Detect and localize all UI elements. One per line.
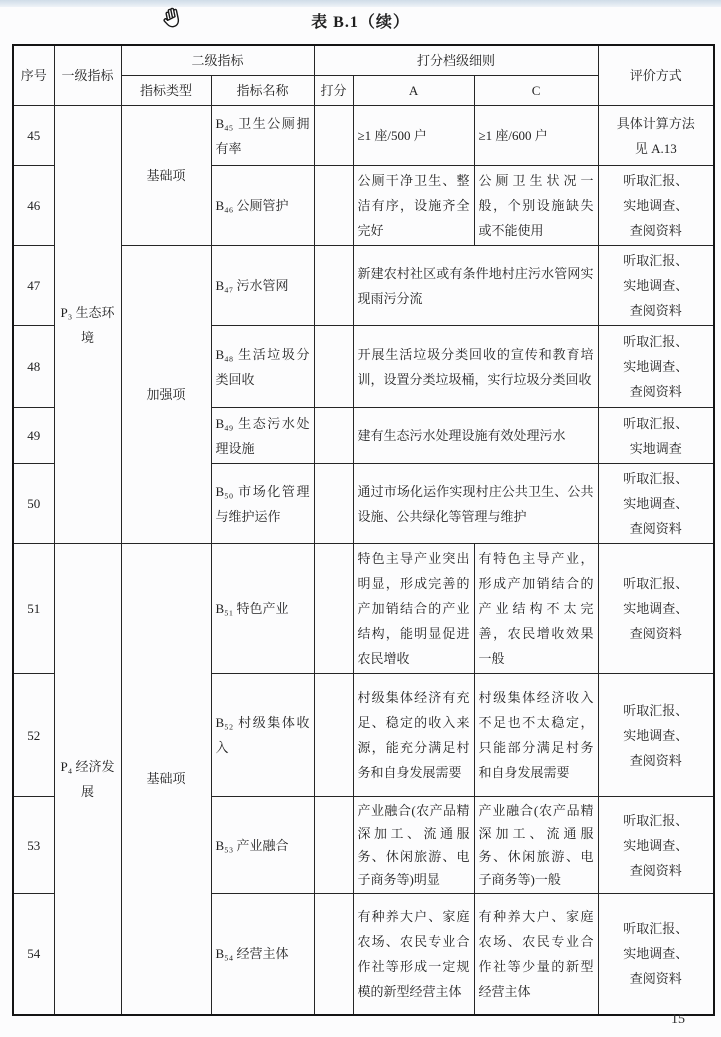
col-header-scoring-group: 打分档级细则 (314, 45, 598, 76)
grade-c-cell: ≥1 座/600 户 (474, 106, 598, 166)
document-page[interactable]: { "page": { "title": "表 B.1（续）", "page_n… (0, 0, 721, 1037)
indicator-name-cell: B₅₀ 市场化管理与维护运作 (211, 464, 314, 544)
score-cell (314, 326, 353, 408)
col-header-indicator-name: 指标名称 (211, 76, 314, 106)
col-header-indicator-type: 指标类型 (121, 76, 211, 106)
grade-a-cell: 特色主导产业突出明显，形成完善的产加销结合的产业结构，能明显促进农民增收 (353, 544, 474, 674)
page-number: 15 (671, 1012, 685, 1028)
indicator-name-cell: B₄₉ 生态污水处理设施 (211, 408, 314, 464)
col-header-grade-c: C (474, 76, 598, 106)
indicator-table: 序号 一级指标 二级指标 打分档级细则 评价方式 指标类型 指标名称 打分 A … (12, 44, 715, 1016)
serial-cell: 53 (13, 797, 54, 894)
page-title: 表 B.1（续） (0, 9, 721, 32)
grade-c-cell: 产业融合(农产品精深加工、流通服务、休闲旅游、电子商务等)一般 (474, 797, 598, 894)
col-header-grade-a: A (353, 76, 474, 106)
serial-cell: 49 (13, 408, 54, 464)
indicator-name-cell: B₄₈ 生活垃圾分类回收 (211, 326, 314, 408)
evaluation-cell: 听取汇报、 实地调查、 查阅资料 (598, 797, 714, 894)
grade-c-cell: 有特色主导产业，形成产加销结合的产业结构不太完善，农民增收效果一般 (474, 544, 598, 674)
serial-cell: 52 (13, 674, 54, 797)
indicator-name-cell: B₅₁ 特色产业 (211, 544, 314, 674)
evaluation-cell: 听取汇报、 实地调查、 查阅资料 (598, 246, 714, 326)
grade-c-cell: 公厕卫生状况一般，个别设施缺失或不能使用 (474, 166, 598, 246)
grade-a-cell: 村级集体经济有充足、稳定的收入来源，能充分满足村务和自身发展需要 (353, 674, 474, 797)
score-cell (314, 166, 353, 246)
score-cell (314, 674, 353, 797)
grade-a-cell: 公厕干净卫生、整洁有序，设施齐全完好 (353, 166, 474, 246)
serial-cell: 54 (13, 894, 54, 1015)
grade-merged-cell: 开展生活垃圾分类回收的宣传和教育培训，设置分类垃圾桶，实行垃圾分类回收 (353, 326, 598, 408)
indicator-name-cell: B₄₅ 卫生公厕拥有率 (211, 106, 314, 166)
grade-a-cell: ≥1 座/500 户 (353, 106, 474, 166)
table-row: 51 P₄ 经济发展 基础项 B₅₁ 特色产业 特色主导产业突出明显，形成完善的… (13, 544, 714, 674)
score-cell (314, 246, 353, 326)
serial-cell: 48 (13, 326, 54, 408)
grade-merged-cell: 新建农村社区或有条件地村庄污水管网实现雨污分流 (353, 246, 598, 326)
evaluation-cell: 听取汇报、 实地调查、 查阅资料 (598, 544, 714, 674)
evaluation-cell: 听取汇报、 实地调查、 查阅资料 (598, 464, 714, 544)
evaluation-cell: 听取汇报、 实地调查、 查阅资料 (598, 894, 714, 1015)
type-cell-enhanced: 加强项 (121, 246, 211, 544)
hand-pan-cursor-icon (157, 1, 190, 34)
col-header-serial: 序号 (13, 45, 54, 106)
serial-cell: 45 (13, 106, 54, 166)
indicator-name-cell: B₄₇ 污水管网 (211, 246, 314, 326)
evaluation-cell: 听取汇报、 实地调查、 查阅资料 (598, 326, 714, 408)
score-cell (314, 894, 353, 1015)
col-header-level1: 一级指标 (54, 45, 121, 106)
table-row: 45 P₃ 生态环境 基础项 B₄₅ 卫生公厕拥有率 ≥1 座/500 户 ≥1… (13, 106, 714, 166)
col-header-level2-group: 二级指标 (121, 45, 314, 76)
indicator-name-cell: B₄₆ 公厕管护 (211, 166, 314, 246)
grade-a-cell: 产业融合(农产品精深加工、流通服务、休闲旅游、电子商务等)明显 (353, 797, 474, 894)
grade-merged-cell: 通过市场化运作实现村庄公共卫生、公共设施、公共绿化等管理与维护 (353, 464, 598, 544)
level1-cell-p3: P₃ 生态环境 (54, 106, 121, 544)
col-header-evaluation: 评价方式 (598, 45, 714, 106)
indicator-name-cell: B₅₄ 经营主体 (211, 894, 314, 1015)
indicator-name-cell: B₅₂ 村级集体收入 (211, 674, 314, 797)
grade-merged-cell: 建有生态污水处理设施有效处理污水 (353, 408, 598, 464)
evaluation-cell: 具体计算方法 见 A.13 (598, 106, 714, 166)
level1-cell-p4: P₄ 经济发展 (54, 544, 121, 1015)
evaluation-cell: 听取汇报、 实地调查、 查阅资料 (598, 674, 714, 797)
evaluation-cell: 听取汇报、 实地调查、 查阅资料 (598, 166, 714, 246)
header-row-1: 序号 一级指标 二级指标 打分档级细则 评价方式 (13, 45, 714, 76)
grade-c-cell: 有种养大户、家庭农场、农民专业合作社等少量的新型经营主体 (474, 894, 598, 1015)
score-cell (314, 106, 353, 166)
type-cell-basic: 基础项 (121, 106, 211, 246)
evaluation-cell: 听取汇报、 实地调查 (598, 408, 714, 464)
type-cell-basic: 基础项 (121, 544, 211, 1015)
score-cell (314, 408, 353, 464)
grade-a-cell: 有种养大户、家庭农场、农民专业合作社等形成一定规模的新型经营主体 (353, 894, 474, 1015)
col-header-score: 打分 (314, 76, 353, 106)
indicator-name-cell: B₅₃ 产业融合 (211, 797, 314, 894)
serial-cell: 46 (13, 166, 54, 246)
serial-cell: 51 (13, 544, 54, 674)
serial-cell: 47 (13, 246, 54, 326)
score-cell (314, 544, 353, 674)
score-cell (314, 464, 353, 544)
window-top-strip (0, 0, 721, 7)
grade-c-cell: 村级集体经济收入不足也不太稳定，只能部分满足村务和自身发展需要 (474, 674, 598, 797)
score-cell (314, 797, 353, 894)
serial-cell: 50 (13, 464, 54, 544)
